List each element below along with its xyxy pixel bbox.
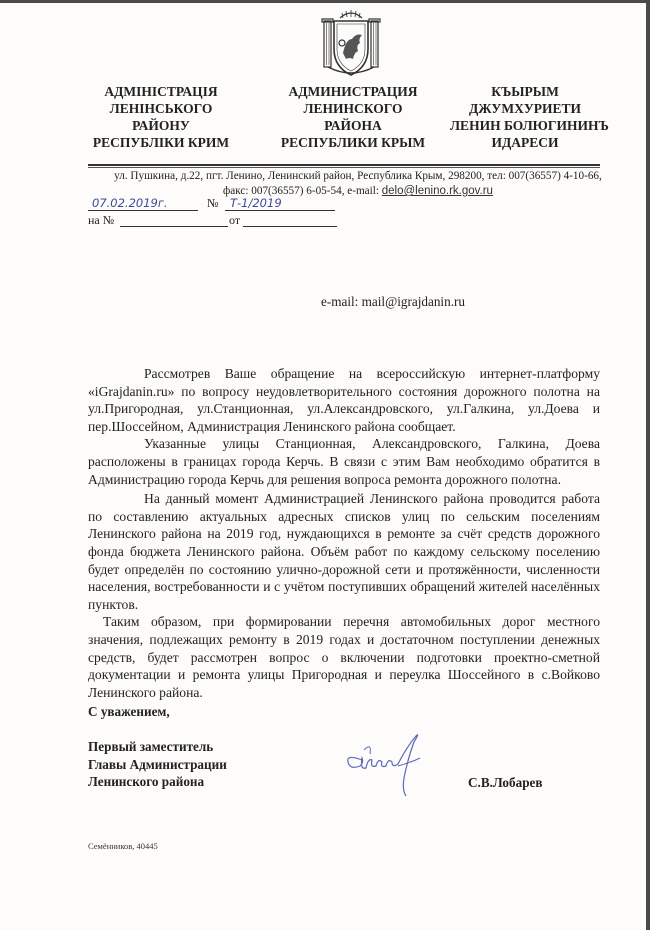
- crimea-coat-of-arms-icon: [318, 9, 384, 77]
- reply-number-underline: [120, 226, 228, 227]
- salutation: С уважением,: [88, 703, 170, 721]
- paragraph: Таким образом, при формировании перечня …: [88, 613, 600, 701]
- paragraph: Рассмотрев Ваше обращение на всероссийск…: [88, 365, 600, 435]
- signer-position: Первый заместитель Главы Администрации Л…: [88, 738, 227, 791]
- letter-body: Рассмотрев Ваше обращение на всероссийск…: [88, 365, 600, 701]
- reply-date-underline: [243, 226, 337, 227]
- address-line: ул. Пушкина, д.22, пгт. Ленино, Ленински…: [88, 169, 628, 184]
- letterhead-divider-thin: [88, 167, 600, 168]
- paragraph: На данный момент Администрацией Ленинско…: [88, 490, 600, 613]
- handwritten-signature-icon: [342, 728, 432, 800]
- letterhead-divider: [88, 164, 600, 166]
- address-block: ул. Пушкина, д.22, пгт. Ленино, Ленински…: [88, 169, 628, 199]
- letterhead-ukrainian: АДМІНІСТРАЦІЯ ЛЕНІНСЬКОГО РАЙОНУ РЕСПУБЛ…: [86, 83, 236, 151]
- letter-page: АДМІНІСТРАЦІЯ ЛЕНІНСЬКОГО РАЙОНУ РЕСПУБЛ…: [0, 3, 646, 930]
- recipient-email: e-mail: mail@igrajdanin.ru: [321, 294, 465, 310]
- letterhead-crimean-tatar: КЪЫРЫМ ДЖУМХУРИЕТИ ЛЕНИН БОЛЮГИНИНЪ ИДАР…: [450, 83, 600, 151]
- letterhead-russian: АДМИНИСТРАЦИЯ ЛЕНИНСКОГО РАЙОНА РЕСПУБЛИ…: [278, 83, 428, 151]
- number-label: №: [207, 196, 218, 211]
- reply-to-label: на №: [88, 213, 114, 228]
- number-underline: [225, 210, 335, 211]
- paragraph: Указанные улицы Станционная, Александров…: [88, 435, 600, 488]
- outgoing-date: 07.02.2019г.: [92, 196, 168, 210]
- contact-line: факс: 007(36557) 6-05-54, e-mail: delo@l…: [88, 184, 628, 199]
- date-underline: [88, 210, 198, 211]
- signer-name: С.В.Лобарев: [468, 775, 543, 791]
- outgoing-number: Т-1/2019: [230, 196, 282, 210]
- from-label: от: [229, 213, 240, 228]
- executor-note: Семёнников, 40445: [88, 841, 158, 851]
- email-link[interactable]: delo@lenino.rk.gov.ru: [382, 185, 493, 197]
